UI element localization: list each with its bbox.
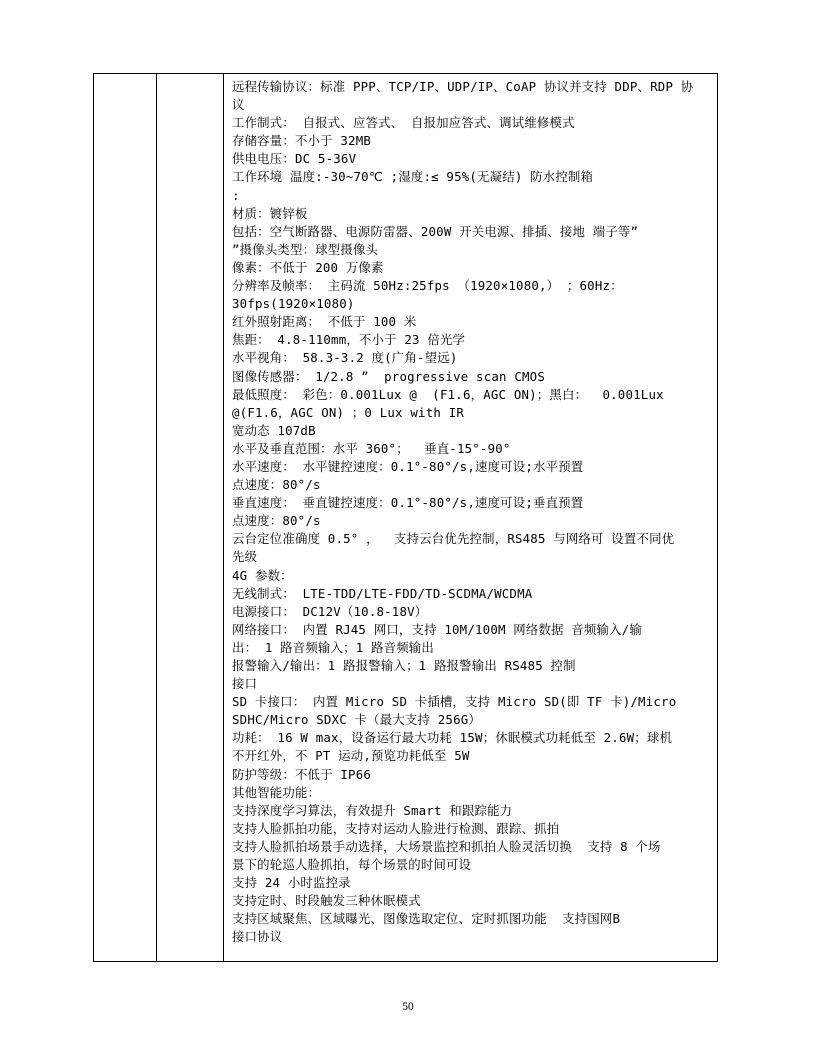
spec-line: 红外照射距离： 不低于 100 米	[232, 313, 711, 331]
spec-line: 其他智能功能：	[232, 784, 711, 802]
spec-line: 4G 参数：	[232, 567, 711, 585]
spec-line: 报警输入/输出：1 路报警输入；1 路报警输出 RS485 控制	[232, 657, 711, 675]
spec-line: 支持定时、时段触发三种休眠模式	[232, 892, 711, 910]
spec-line: :	[232, 187, 711, 205]
spec-line: 无线制式： LTE-TDD/LTE-FDD/TD-SCDMA/WCDMA	[232, 585, 711, 603]
spec-line: 点速度：80°/s	[232, 512, 711, 530]
spec-line: 宽动态 107dB	[232, 422, 711, 440]
table-cell-empty-2	[157, 74, 224, 961]
spec-line: 水平及垂直范围：水平 360°； 垂直-15°-90°	[232, 440, 711, 458]
spec-line: 云台定位准确度 0.5° ， 支持云台优先控制，RS485 与网络可 设置不同优	[232, 530, 711, 548]
page-number: 50	[0, 1001, 816, 1013]
spec-line: 支持人脸抓拍功能，支持对运动人脸进行检测、跟踪、抓拍	[232, 820, 711, 838]
spec-line: 支持深度学习算法，有效提升 Smart 和跟踪能力	[232, 802, 711, 820]
spec-line: 水平视角： 58.3-3.2 度(广角-望远)	[232, 349, 711, 367]
spec-line: 供电电压：DC 5-36V	[232, 150, 711, 168]
spec-line: 工作环境 温度:-30~70℃ ;湿度:≤ 95%(无凝结) 防水控制箱	[232, 168, 711, 186]
spec-line: @(F1.6，AGC ON) ；0 Lux with IR	[232, 404, 711, 422]
spec-line: 议	[232, 96, 711, 114]
spec-table: 远程传输协议：标准 PPP、TCP/IP、UDP/IP、CoAP 协议并支持 D…	[93, 73, 718, 962]
spec-line: 水平速度： 水平键控速度：0.1°-80°/s,速度可设;水平预置	[232, 458, 711, 476]
spec-line: 景下的轮巡人脸抓拍，每个场景的时间可设	[232, 856, 711, 874]
spec-line: SDHC/Micro SDXC 卡（最大支持 256G）	[232, 711, 711, 729]
spec-line: ”摄像头类型：球型摄像头	[232, 241, 711, 259]
spec-line: 30fps(1920×1080)	[232, 295, 711, 313]
spec-line: SD 卡接口： 内置 Micro SD 卡插槽，支持 Micro SD(即 TF…	[232, 693, 711, 711]
spec-line: 支持 24 小时监控录	[232, 874, 711, 892]
spec-line: 像素：不低于 200 万像素	[232, 259, 711, 277]
spec-line: 出： 1 路音频输入；1 路音频输出	[232, 639, 711, 657]
spec-line: 先级	[232, 548, 711, 566]
table-cell-specifications: 远程传输协议：标准 PPP、TCP/IP、UDP/IP、CoAP 协议并支持 D…	[224, 74, 717, 961]
spec-line: 网络接口： 内置 RJ45 网口，支持 10M/100M 网络数据 音频输入/输	[232, 621, 711, 639]
spec-line: 接口	[232, 675, 711, 693]
spec-line: 图像传感器： 1/2.8 ” progressive scan CMOS	[232, 368, 711, 386]
table-cell-empty-1	[94, 74, 157, 961]
spec-line: 材质：镀锌板	[232, 205, 711, 223]
spec-line: 远程传输协议：标准 PPP、TCP/IP、UDP/IP、CoAP 协议并支持 D…	[232, 78, 711, 96]
spec-line: 点速度：80°/s	[232, 476, 711, 494]
spec-line: 焦距： 4.8-110mm，不小于 23 倍光学	[232, 331, 711, 349]
spec-line: 支持区域聚焦、区域曝光、图像选取定位、定时抓图功能 支持国网B	[232, 910, 711, 928]
spec-line: 工作制式： 自报式、应答式、 自报加应答式、调试维修模式	[232, 114, 711, 132]
spec-line: 包括：空气断路器、电源防雷器、200W 开关电源、排插、接地 端子等”	[232, 223, 711, 241]
spec-line: 不开红外，不 PT 运动,预览功耗低至 5W	[232, 747, 711, 765]
spec-line: 防护等级：不低于 IP66	[232, 766, 711, 784]
spec-line: 电源接口： DC12V（10.8-18V）	[232, 603, 711, 621]
spec-line: 功耗： 16 W max，设备运行最大功耗 15W；休眠模式功耗低至 2.6W；…	[232, 729, 711, 747]
spec-line: 支持人脸抓拍场景手动选择，大场景监控和抓拍人脸灵活切换 支持 8 个场	[232, 838, 711, 856]
spec-line: 最低照度： 彩色：0.001Lux @ (F1.6，AGC ON)；黑白： 0.…	[232, 386, 711, 404]
document-page: 远程传输协议：标准 PPP、TCP/IP、UDP/IP、CoAP 协议并支持 D…	[0, 0, 816, 1056]
spec-line: 垂直速度： 垂直键控速度：0.1°-80°/s,速度可设;垂直预置	[232, 494, 711, 512]
spec-line: 接口协议	[232, 928, 711, 946]
spec-line: 分辨率及帧率： 主码流 50Hz:25fps （1920×1080,） ；60H…	[232, 277, 711, 295]
spec-line: 存储容量：不小于 32MB	[232, 132, 711, 150]
